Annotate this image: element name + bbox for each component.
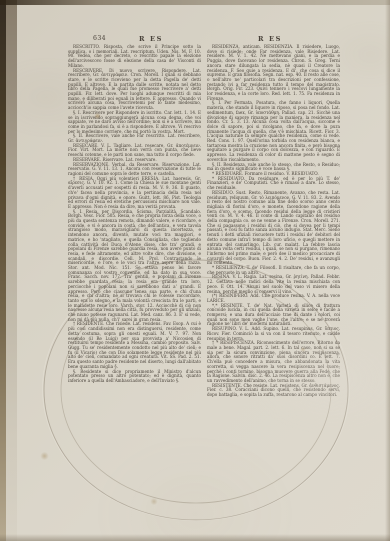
dictionary-entry: §. I. Per Fermata, Posatura, che fanno i… xyxy=(207,101,340,162)
dictionary-entry: RESINA. V. L. Ragia. Lat. resina, Gr. ῥη… xyxy=(207,275,340,294)
text-column-left: RESCRITTO. Risposta, che scrive il Princ… xyxy=(68,45,201,398)
dictionary-entry: RESISTENTE. Che resiste. Lat. resistens,… xyxy=(207,384,340,398)
dictionary-entry: *,* RESINITE. T. de' Nat. Varietà di sil… xyxy=(207,304,340,328)
foxing-spot xyxy=(40,452,49,460)
dictionary-entry: RESCRITTO. Risposta, che scrive il Princ… xyxy=(68,45,201,69)
dictionary-entry: † RESIDENTE. Che risiede. Lat. residens.… xyxy=(68,322,201,369)
dictionary-entry: §. Residente si dice propriamente il Min… xyxy=(68,370,201,384)
dictionary-entry: † RESIA. Oggi più volentieri ERESIA. Lat… xyxy=(68,177,201,210)
scanned-page: 634 R ES R ES RESCRITTO. Risposta, che s… xyxy=(0,0,390,541)
dictionary-entry: † * RESIPISCENZA. Riconoscimento dell'er… xyxy=(207,341,340,383)
running-head-right: R ES xyxy=(258,35,282,43)
text-columns: RESCRITTO. Risposta, che scrive il Princ… xyxy=(68,45,340,398)
dictionary-entry: RESCRIVERE. Di nuovo scrivere, Risponder… xyxy=(68,69,201,111)
dictionary-entry: RESECARE. V. L. Tagliare. Lat. resecare,… xyxy=(68,144,201,158)
dictionary-entry: * RESIDUATO. Da residuare, ed è per lo p… xyxy=(207,177,340,191)
text-column-right: RESIDENZA, anticam. RESIDENZIA. Il risie… xyxy=(207,45,340,398)
page-edge-top xyxy=(0,0,390,5)
running-head-left: R ES xyxy=(139,35,163,43)
dictionary-entry: RESERVAZIONE. Verbal. da Reservare. Rise… xyxy=(68,163,201,177)
foxing-spot xyxy=(150,498,158,505)
page-edge-bottom xyxy=(0,534,390,541)
dictionary-entry: RESIDENZA, anticam. RESIDENZIA. Il risie… xyxy=(207,45,340,101)
dictionary-entry: RESIDUO. Sust. Resto, Rimanente, Avanzo,… xyxy=(207,191,340,266)
dictionary-entry: §. I. Resia, per Discordia, Scisma, Parz… xyxy=(68,210,201,323)
dictionary-entry: §. I. Rescrivere per Rispondere in iscri… xyxy=(68,111,201,135)
page-edge-right xyxy=(385,0,390,541)
page-edge-left-fade xyxy=(6,0,17,541)
dictionary-entry: RESUPINO. V. L. Add. Supino. Lat. resupi… xyxy=(207,327,340,341)
page-number: 634 xyxy=(93,35,106,42)
